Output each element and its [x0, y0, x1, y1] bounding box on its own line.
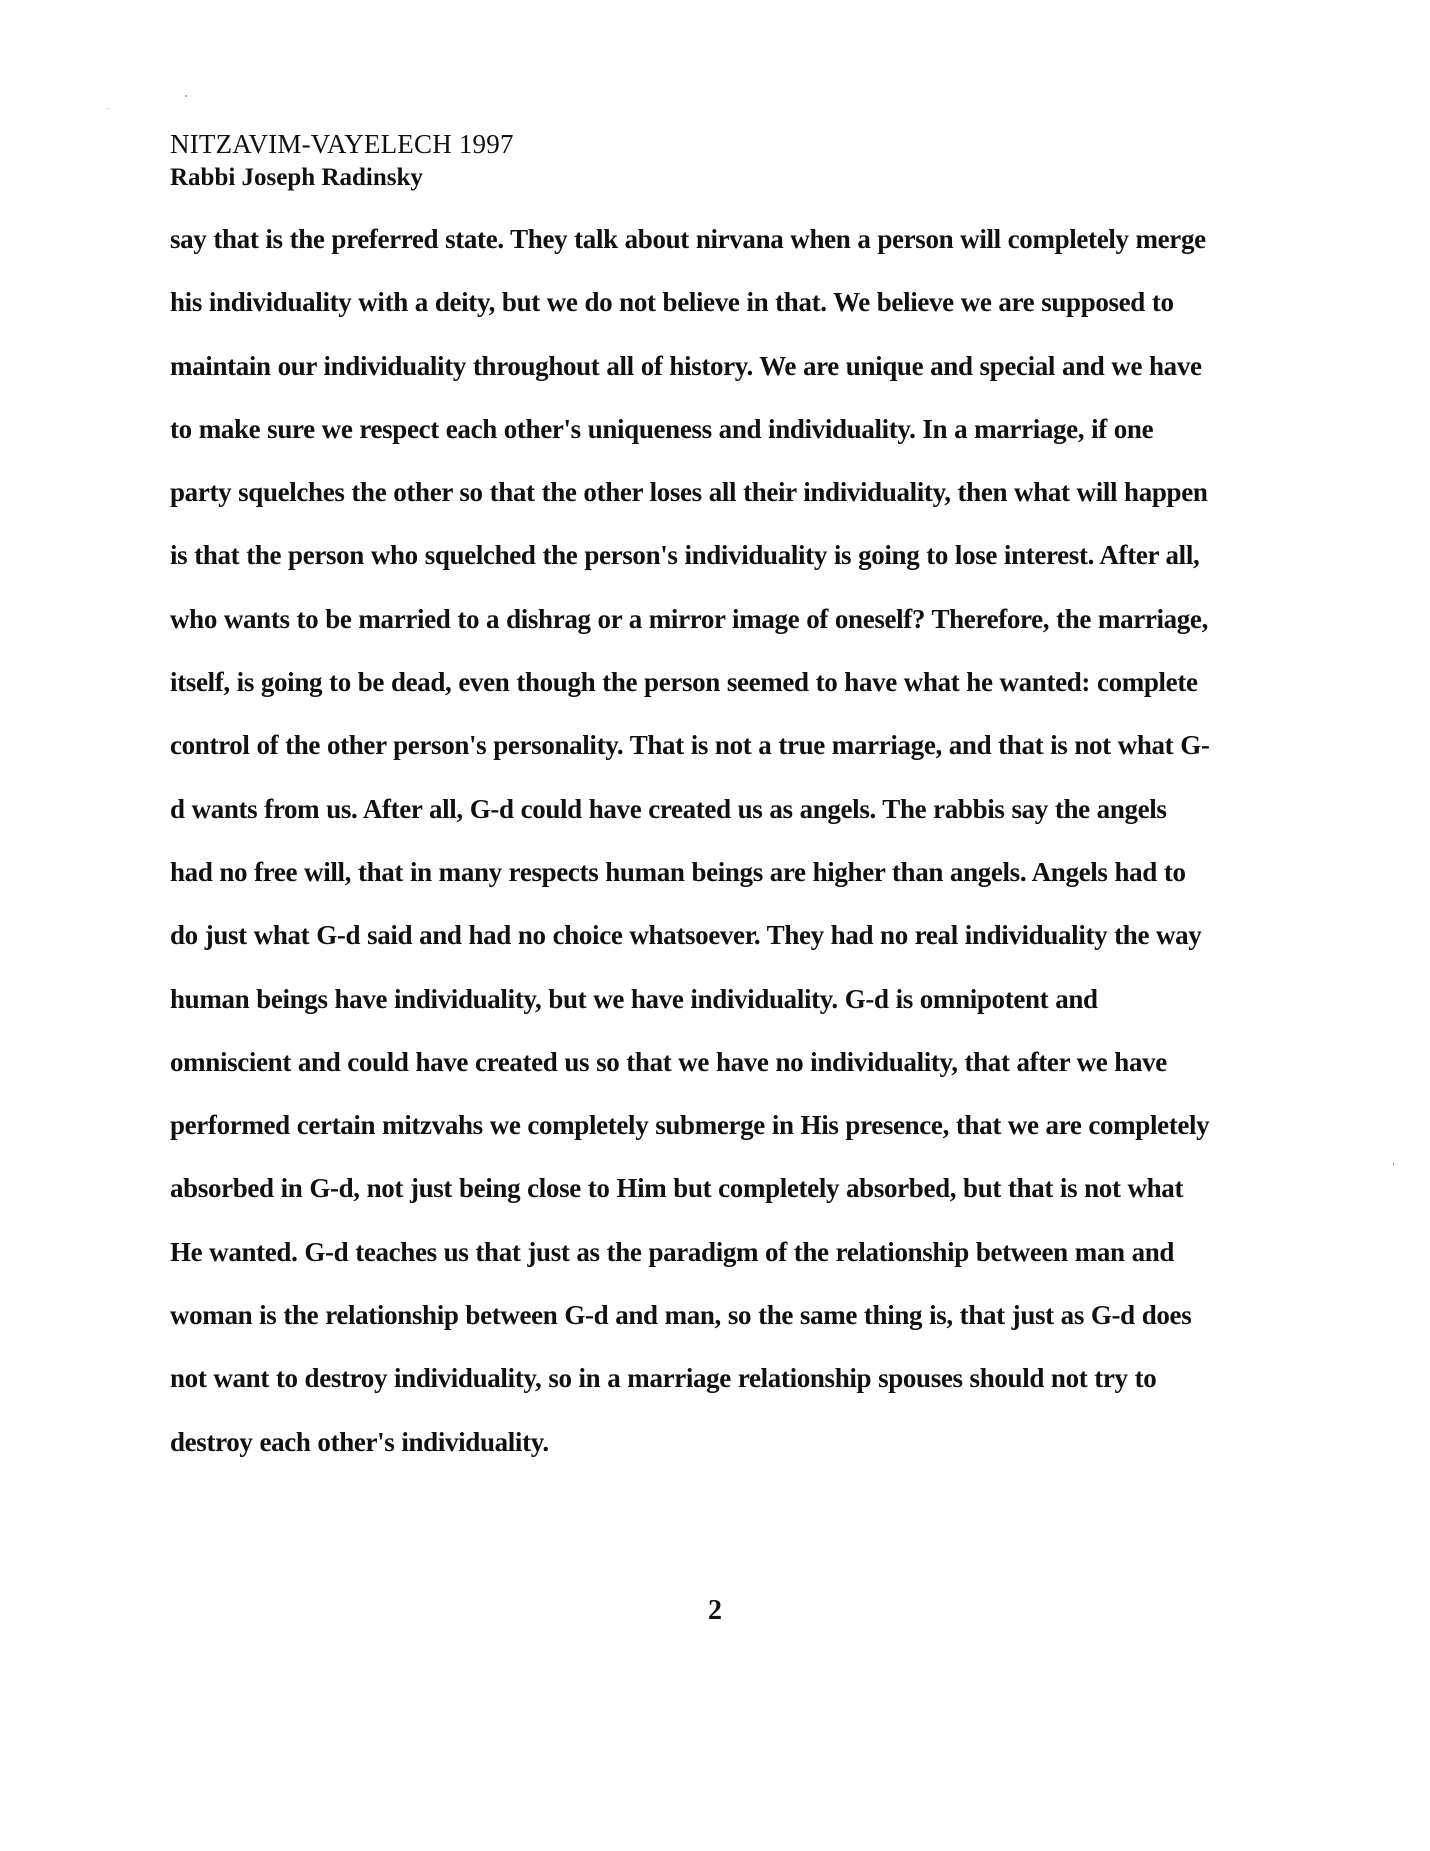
body-line: human beings have individuality, but we … [170, 979, 1260, 1042]
body-line: performed certain mitzvahs we completely… [170, 1105, 1260, 1168]
body-line: do just what G-d said and had no choice … [170, 915, 1260, 978]
body-line: absorbed in G-d, not just being close to… [170, 1168, 1260, 1231]
body-line: to make sure we respect each other's uni… [170, 409, 1260, 472]
document-author: Rabbi Joseph Radinsky [170, 161, 514, 194]
body-text: say that is the preferred state. They ta… [170, 219, 1260, 1485]
body-line: is that the person who squelched the per… [170, 535, 1260, 598]
document-header: NITZAVIM-VAYELECH 1997 Rabbi Joseph Radi… [170, 128, 514, 194]
body-line: omniscient and could have created us so … [170, 1042, 1260, 1105]
body-line: who wants to be married to a dishrag or … [170, 599, 1260, 662]
body-line: maintain our individuality throughout al… [170, 346, 1260, 409]
body-line: d wants from us. After all, G-d could ha… [170, 789, 1260, 852]
body-line: destroy each other's individuality. [170, 1422, 1260, 1485]
body-line: had no free will, that in many respects … [170, 852, 1260, 915]
body-line: party squelches the other so that the ot… [170, 472, 1260, 535]
scan-speck [185, 95, 187, 97]
body-line: itself, is going to be dead, even though… [170, 662, 1260, 725]
body-line: He wanted. G-d teaches us that just as t… [170, 1232, 1260, 1295]
document-title: NITZAVIM-VAYELECH 1997 [170, 128, 514, 161]
body-line: say that is the preferred state. They ta… [170, 219, 1260, 282]
page-number: 2 [0, 1595, 1430, 1627]
document-page: NITZAVIM-VAYELECH 1997 Rabbi Joseph Radi… [0, 0, 1430, 1851]
body-line: his individuality with a deity, but we d… [170, 282, 1260, 345]
scan-speck [108, 108, 109, 109]
body-line: not want to destroy individuality, so in… [170, 1358, 1260, 1421]
body-line: control of the other person's personalit… [170, 725, 1260, 788]
body-line: woman is the relationship between G-d an… [170, 1295, 1260, 1358]
scan-speck [1393, 1163, 1394, 1166]
